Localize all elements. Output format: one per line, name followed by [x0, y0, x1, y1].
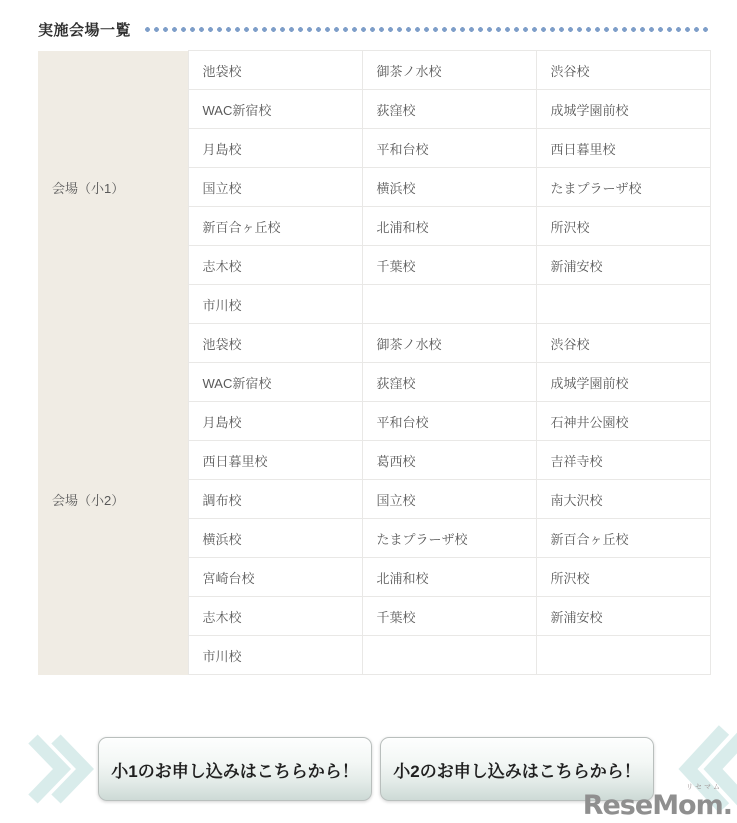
- venue-cell: 渋谷校: [536, 51, 710, 90]
- venue-cell: 新百合ヶ丘校: [188, 207, 362, 246]
- venue-cell: 西日暮里校: [188, 441, 362, 480]
- venue-cell: 南大沢校: [536, 480, 710, 519]
- venue-cell: 調布校: [188, 480, 362, 519]
- venue-cell: 御茶ノ水校: [362, 51, 536, 90]
- venue-cell: 石神井公園校: [536, 402, 710, 441]
- venue-cell: WAC新宿校: [188, 363, 362, 402]
- resemom-logo-text: ReseMom.: [583, 790, 732, 821]
- venue-cell: 吉祥寺校: [536, 441, 710, 480]
- venue-cell: 国立校: [362, 480, 536, 519]
- venue-table: 会場（小1） 池袋校 御茶ノ水校 渋谷校 WAC新宿校 荻窪校 成城学園前校 月…: [38, 50, 711, 675]
- venue-cell: 月島校: [188, 402, 362, 441]
- venue-cell: 新浦安校: [536, 597, 710, 636]
- venue-cell: 国立校: [188, 168, 362, 207]
- venue-cell: 市川校: [188, 636, 362, 675]
- venue-cell: 池袋校: [188, 324, 362, 363]
- venue-cell: 所沢校: [536, 207, 710, 246]
- venue-cell: 所沢校: [536, 558, 710, 597]
- venue-cell: たまプラーザ校: [362, 519, 536, 558]
- venue-cell: 宮崎台校: [188, 558, 362, 597]
- venue-cell: 北浦和校: [362, 558, 536, 597]
- venue-cell: 志木校: [188, 597, 362, 636]
- venue-cell: 平和台校: [362, 402, 536, 441]
- dotted-divider: [143, 27, 710, 32]
- venue-cell: 月島校: [188, 129, 362, 168]
- venue-cell: [536, 285, 710, 324]
- venue-cell: [362, 285, 536, 324]
- venue-cell: 葛西校: [362, 441, 536, 480]
- venue-cell: 成城学園前校: [536, 90, 710, 129]
- venue-cell: 池袋校: [188, 51, 362, 90]
- venue-cell: 御茶ノ水校: [362, 324, 536, 363]
- venue-cell: [536, 636, 710, 675]
- venue-cell: 平和台校: [362, 129, 536, 168]
- venue-cell: 志木校: [188, 246, 362, 285]
- venue-cell: 横浜校: [362, 168, 536, 207]
- venue-cell: 成城学園前校: [536, 363, 710, 402]
- venue-cell: 新浦安校: [536, 246, 710, 285]
- venue-cell: 渋谷校: [536, 324, 710, 363]
- venue-cell: 千葉校: [362, 246, 536, 285]
- page: 実施会場一覧 会場（小1） 池袋校 御茶ノ水校 渋谷校 WAC新宿校 荻窪校 成…: [0, 0, 737, 823]
- venue-cell: 千葉校: [362, 597, 536, 636]
- venue-cell: 横浜校: [188, 519, 362, 558]
- venue-cell: 北浦和校: [362, 207, 536, 246]
- table-row: 会場（小1） 池袋校 御茶ノ水校 渋谷校: [38, 51, 710, 90]
- venue-cell: [362, 636, 536, 675]
- venue-cell: 市川校: [188, 285, 362, 324]
- venue-cell: 荻窪校: [362, 90, 536, 129]
- section-header: 実施会場一覧: [38, 18, 710, 40]
- venue-cell: 西日暮里校: [536, 129, 710, 168]
- apply-sho1-button[interactable]: 小1のお申し込みはこちらから！: [98, 737, 372, 801]
- table-row: 会場（小2） 池袋校 御茶ノ水校 渋谷校: [38, 324, 710, 363]
- venue-cell: WAC新宿校: [188, 90, 362, 129]
- group-label-sho1: 会場（小1）: [38, 51, 188, 324]
- page-title: 実施会場一覧: [38, 19, 131, 40]
- venue-cell: 新百合ヶ丘校: [536, 519, 710, 558]
- double-chevron-right-icon: [26, 733, 94, 805]
- venue-cell: たまプラーザ校: [536, 168, 710, 207]
- resemom-logo: リセマム ReseMom.: [583, 784, 732, 819]
- group-label-sho2: 会場（小2）: [38, 324, 188, 675]
- venue-cell: 荻窪校: [362, 363, 536, 402]
